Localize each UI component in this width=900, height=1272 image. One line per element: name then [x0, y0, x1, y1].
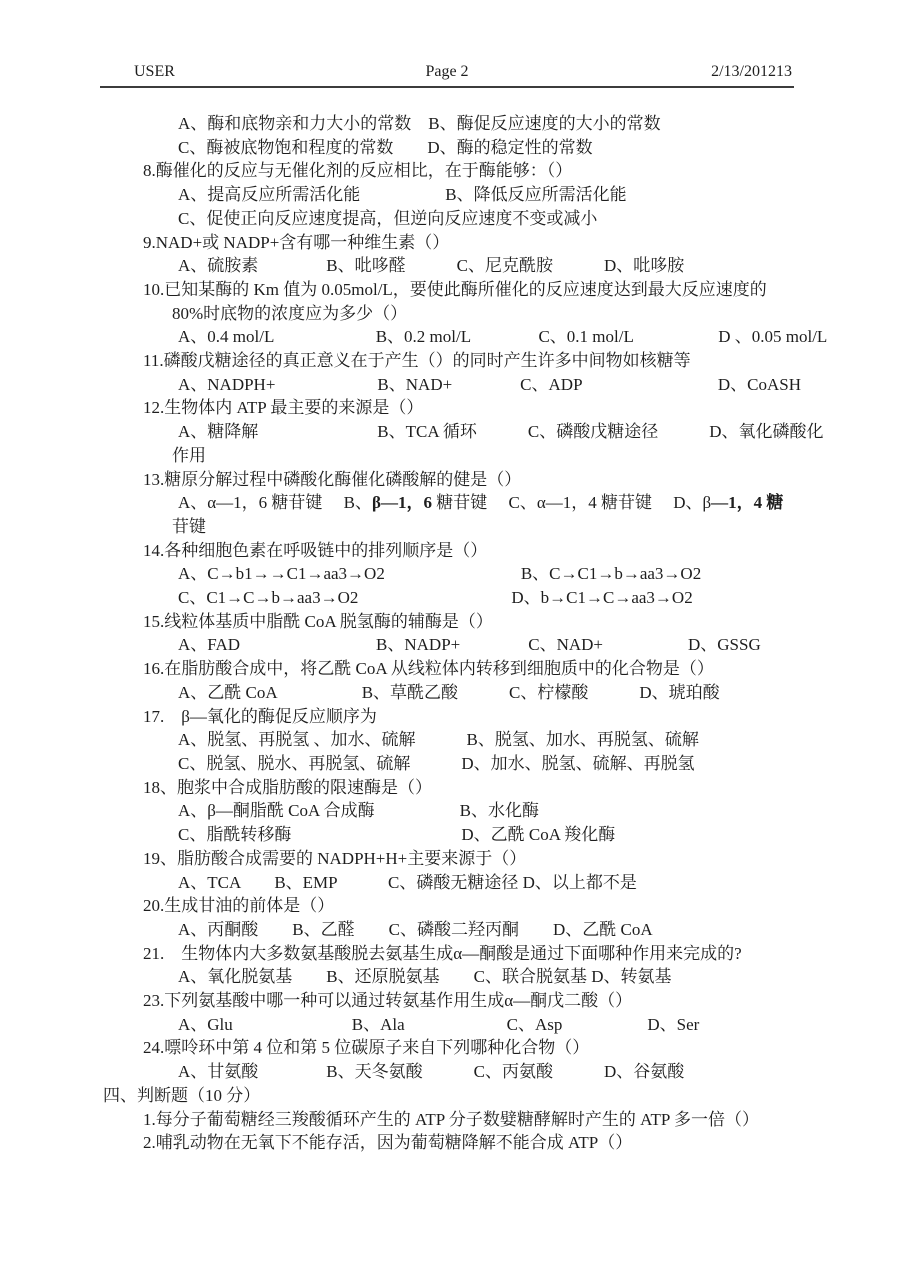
- text-line: 苷键: [172, 515, 845, 539]
- text-line: 23.下列氨基酸中哪一种可以通过转氨基作用生成α—酮戊二酸（）: [143, 989, 845, 1013]
- text-line: 18、胞浆中合成脂肪酸的限速酶是（）: [143, 776, 845, 800]
- text-line: A、酶和底物亲和力大小的常数 B、酶促反应速度的大小的常数: [178, 112, 845, 136]
- text-line: 21. 生物体内大多数氨基酸脱去氨基生成α—酮酸是通过下面哪种作用来完成的?: [143, 942, 845, 966]
- text-line: 10.已知某酶的 Km 值为 0.05mol/L，要使此酶所催化的反应速度达到最…: [143, 278, 845, 302]
- text-line: A、FAD B、NADP+ C、NAD+ D、GSSG: [178, 633, 845, 657]
- text-line: A、甘氨酸 B、天冬氨酸 C、丙氨酸 D、谷氨酸: [178, 1060, 845, 1084]
- text-line: A、氧化脱氨基 B、还原脱氨基 C、联合脱氨基 D、转氨基: [178, 965, 845, 989]
- text-line: A、0.4 mol/L B、0.2 mol/L C、0.1 mol/L D 、0…: [178, 325, 845, 349]
- text-line: 20.生成甘油的前体是（）: [143, 894, 845, 918]
- header-user: USER: [134, 63, 175, 81]
- text-line: 1.每分子葡萄糖经三羧酸循环产生的 ATP 分子数嬖糖酵解时产生的 ATP 多一…: [143, 1108, 845, 1132]
- text-line: A、糖降解 B、TCA 循环 C、磷酸戊糖途径 D、氧化磷酸化: [178, 420, 845, 444]
- text-line: 12.生物体内 ATP 最主要的来源是（）: [143, 396, 845, 420]
- text-line: 80%时底物的浓度应为多少（）: [172, 302, 845, 326]
- text-line: A、Glu B、Ala C、Asp D、Ser: [178, 1013, 845, 1037]
- text-line: C、脂酰转移酶 D、乙酰 CoA 羧化酶: [178, 823, 845, 847]
- text-line: A、提高反应所需活化能 B、降低反应所需活化能: [178, 183, 845, 207]
- text-line: 11.磷酸戊糖途径的真正意义在于产生（）的同时产生许多中间物如核糖等: [143, 349, 845, 373]
- page-header: USER Page 2 2/13/201213: [100, 58, 794, 88]
- text-line: A、NADPH+ B、NAD+ C、ADP D、CoASH: [178, 373, 845, 397]
- text-line: 14.各种细胞色素在呼吸链中的排列顺序是（）: [143, 539, 845, 563]
- text-line: C、酶被底物饱和程度的常数 D、酶的稳定性的常数: [178, 136, 845, 160]
- header-page-number: Page 2: [425, 63, 468, 81]
- text-line: C、脱氢、脱水、再脱氢、硫解 D、加水、脱氢、硫解、再脱氢: [178, 752, 845, 776]
- text-line: 13.糖原分解过程中磷酸化酶催化磷酸解的健是（）: [143, 468, 845, 492]
- text-line: 作用: [172, 444, 845, 468]
- text-line: A、C→b1→→C1→aa3→O2 B、C→C1→b→aa3→O2: [178, 562, 845, 586]
- document-page: USER Page 2 2/13/201213 A、酶和底物亲和力大小的常数 B…: [0, 0, 900, 1272]
- header-date: 2/13/201213: [711, 63, 792, 81]
- text-line: 15.线粒体基质中脂酰 CoA 脱氢酶的辅酶是（）: [143, 610, 845, 634]
- text-line: A、β—酮脂酰 CoA 合成酶 B、水化酶: [178, 799, 845, 823]
- text-line: 16.在脂肪酸合成中，将乙酰 CoA 从线粒体内转移到细胞质中的化合物是（）: [143, 657, 845, 681]
- text-line: C、促使正向反应速度提高，但逆向反应速度不变或减小: [178, 207, 845, 231]
- text-line: A、硫胺素 B、吡哆醛 C、尼克酰胺 D、吡哆胺: [178, 254, 845, 278]
- text-line: 四、判断题（10 分）: [103, 1084, 845, 1108]
- text-line: 8.酶催化的反应与无催化剂的反应相比，在于酶能够：（）: [143, 159, 845, 183]
- text-line: 24.嘌呤环中第 4 位和第 5 位碳原子来自下列哪种化合物（）: [143, 1036, 845, 1060]
- text-line: A、α—1，6 糖苷键 B、β—1，6 糖苷键 C、α—1，4 糖苷键 D、β—…: [178, 491, 845, 515]
- text-line: A、脱氢、再脱氢 、加水、硫解 B、脱氢、加水、再脱氢、硫解: [178, 728, 845, 752]
- text-line: A、TCA B、EMP C、磷酸无糖途径 D、以上都不是: [178, 871, 845, 895]
- text-line: C、C1→C→b→aa3→O2 D、b→C1→C→aa3→O2: [178, 586, 845, 610]
- document-body: A、酶和底物亲和力大小的常数 B、酶促反应速度的大小的常数C、酶被底物饱和程度的…: [0, 88, 900, 1155]
- text-line: 19、脂肪酸合成需要的 NADPH+H+主要来源于（）: [143, 847, 845, 871]
- text-line: 17. β—氧化的酶促反应顺序为: [143, 705, 845, 729]
- text-line: A、丙酮酸 B、乙醛 C、磷酸二羟丙酮 D、乙酰 CoA: [178, 918, 845, 942]
- text-line: 2.哺乳动物在无氧下不能存活，因为葡萄糖降解不能合成 ATP（）: [143, 1131, 845, 1155]
- text-line: A、乙酰 CoA B、草酰乙酸 C、柠檬酸 D、琥珀酸: [178, 681, 845, 705]
- text-line: 9.NAD+或 NADP+含有哪一种维生素（）: [143, 231, 845, 255]
